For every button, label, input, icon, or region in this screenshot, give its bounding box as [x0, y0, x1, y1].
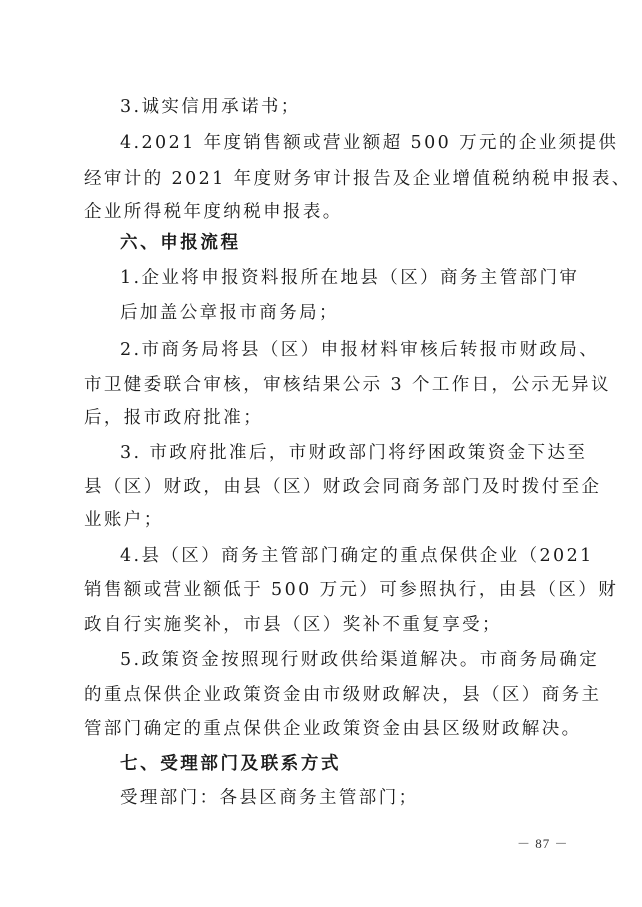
paragraph-line: 经审计的 2021 年度财务审计报告及企业增值税纳税申报表、: [84, 168, 564, 190]
paragraph-line: 管部门确定的重点保供企业政策资金由县区级财政解决。: [84, 718, 564, 740]
list-item-honesty-pledge: 3.诚实信用承诺书；: [120, 96, 600, 118]
list-item-step-1: 1.企业将申报资料报所在地县（区）商务主管部门审: [120, 267, 600, 289]
document-page: 3.诚实信用承诺书； 4.2021 年度销售额或营业额超 500 万元的企业须提…: [0, 0, 642, 907]
paragraph-line: 市卫健委联合审核，审核结果公示 3 个工作日，公示无异议: [84, 374, 564, 396]
list-item-audit-report: 4.2021 年度销售额或营业额超 500 万元的企业须提供: [120, 132, 600, 154]
paragraph-line: 政自行实施奖补，市县（区）奖补不重复享受；: [84, 614, 564, 636]
list-item-step-5: 5.政策资金按照现行财政供给渠道解决。市商务局确定: [120, 649, 600, 671]
list-item-step-4: 4.县（区）商务主管部门确定的重点保供企业（2021: [120, 545, 600, 567]
list-item-step-2: 2.市商务局将县（区）申报材料审核后转报市财政局、: [120, 339, 600, 361]
paragraph-line: 后，报市政府批准；: [84, 407, 564, 429]
paragraph-line: 业账户；: [84, 509, 564, 531]
page-number: － 87 －: [517, 833, 569, 852]
paragraph-line: 销售额或营业额低于 500 万元）可参照执行，由县（区）财: [84, 579, 564, 601]
paragraph-line: 后加盖公章报市商务局；: [120, 302, 600, 324]
list-item-step-3: 3. 市政府批准后，市财政部门将纾困政策资金下达至: [120, 442, 600, 464]
paragraph-line-accepting-department: 受理部门：各县区商务主管部门；: [120, 787, 600, 809]
paragraph-line: 企业所得税年度纳税申报表。: [84, 201, 564, 223]
section-heading-application-process: 六、申报流程: [120, 232, 600, 254]
paragraph-line: 县（区）财政，由县（区）财政会同商务部门及时拨付至企: [84, 476, 564, 498]
section-heading-contact: 七、受理部门及联系方式: [120, 753, 600, 775]
paragraph-line: 的重点保供企业政策资金由市级财政解决，县（区）商务主: [84, 684, 564, 706]
